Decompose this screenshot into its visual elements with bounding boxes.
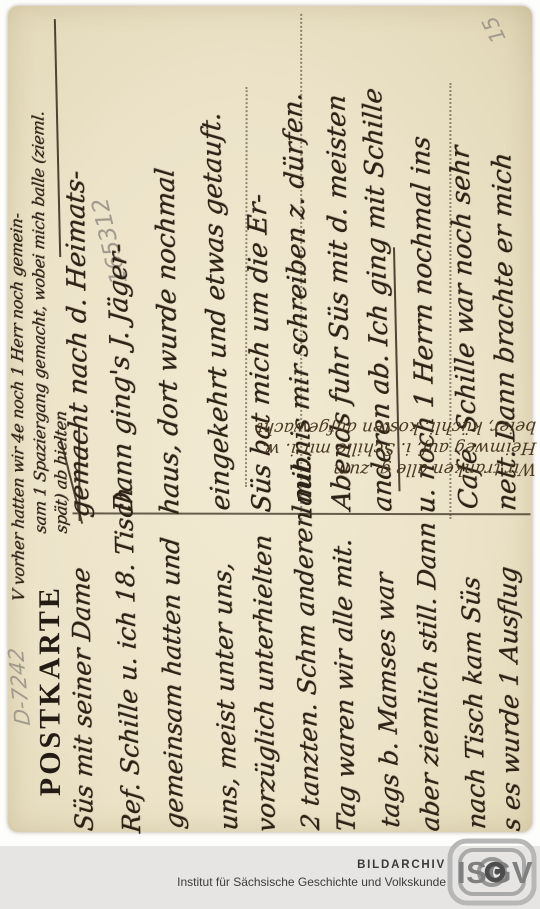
postkarte-printed-label: POSTKARTE	[33, 585, 68, 796]
pencil-code: D-7242	[4, 647, 35, 726]
postcard-content: POSTKARTE D-7242 165312 15 V vorher hatt…	[6, 5, 534, 834]
message-line-left: Ref. Schille u. ich 18. Tisch	[109, 486, 147, 834]
message-line-right: gemacht nach d. Heimats-	[60, 169, 95, 519]
sideways-note-line: beier, küchli, kosten aufgewacht	[99, 416, 537, 439]
sideways-note-line: Heimweg auf, i. Schille mir i. w.	[99, 437, 537, 460]
message-line-left: Tag waren wir alle mit.	[328, 537, 361, 833]
logo-g-spiral-bar	[495, 869, 504, 874]
message-line-left: nach Tisch kam Süs	[456, 575, 491, 830]
sideways-note-line: Wir tranken alle g. zum	[99, 458, 537, 481]
isgv-logo: ISGV	[446, 836, 538, 908]
top-note-line: V vorher hatten wir 4e noch 1 Herr noch …	[7, 212, 28, 603]
scanned-postcard-view: POSTKARTE D-7242 165312 15 V vorher hatt…	[0, 0, 540, 909]
isgv-logo-graphic: ISGV	[446, 836, 538, 908]
message-line-left: gemeinsam hatten und	[156, 536, 189, 830]
message-line-left: tags b. Mamses war	[370, 572, 405, 829]
archive-label: BILDARCHIV	[177, 858, 446, 873]
message-line-left: vorzüglich unterhielten	[248, 533, 281, 833]
institute-name: Institut für Sächsische Geschichte und V…	[177, 874, 446, 890]
message-line-left: uns, meist unter uns,	[207, 561, 243, 832]
sideways-note-block: Wir tranken alle g. zum Heimweg auf, i. …	[100, 416, 536, 481]
archive-footer-band: BILDARCHIV Institut für Sächsische Gesch…	[0, 846, 540, 909]
archive-footer-text: BILDARCHIV Institut für Sächsische Gesch…	[177, 858, 446, 890]
postcard: POSTKARTE D-7242 165312 15 V vorher hatt…	[8, 6, 532, 832]
message-line-left: s es wurde 1 Ausflug	[493, 565, 526, 832]
top-note-line: sam 1 Spaziergang gemacht, wobei mich ba…	[28, 110, 49, 535]
message-line-left: Süs mit seiner Dame	[66, 566, 99, 833]
message-line-left: aber ziemlich still. Dann	[411, 520, 444, 832]
